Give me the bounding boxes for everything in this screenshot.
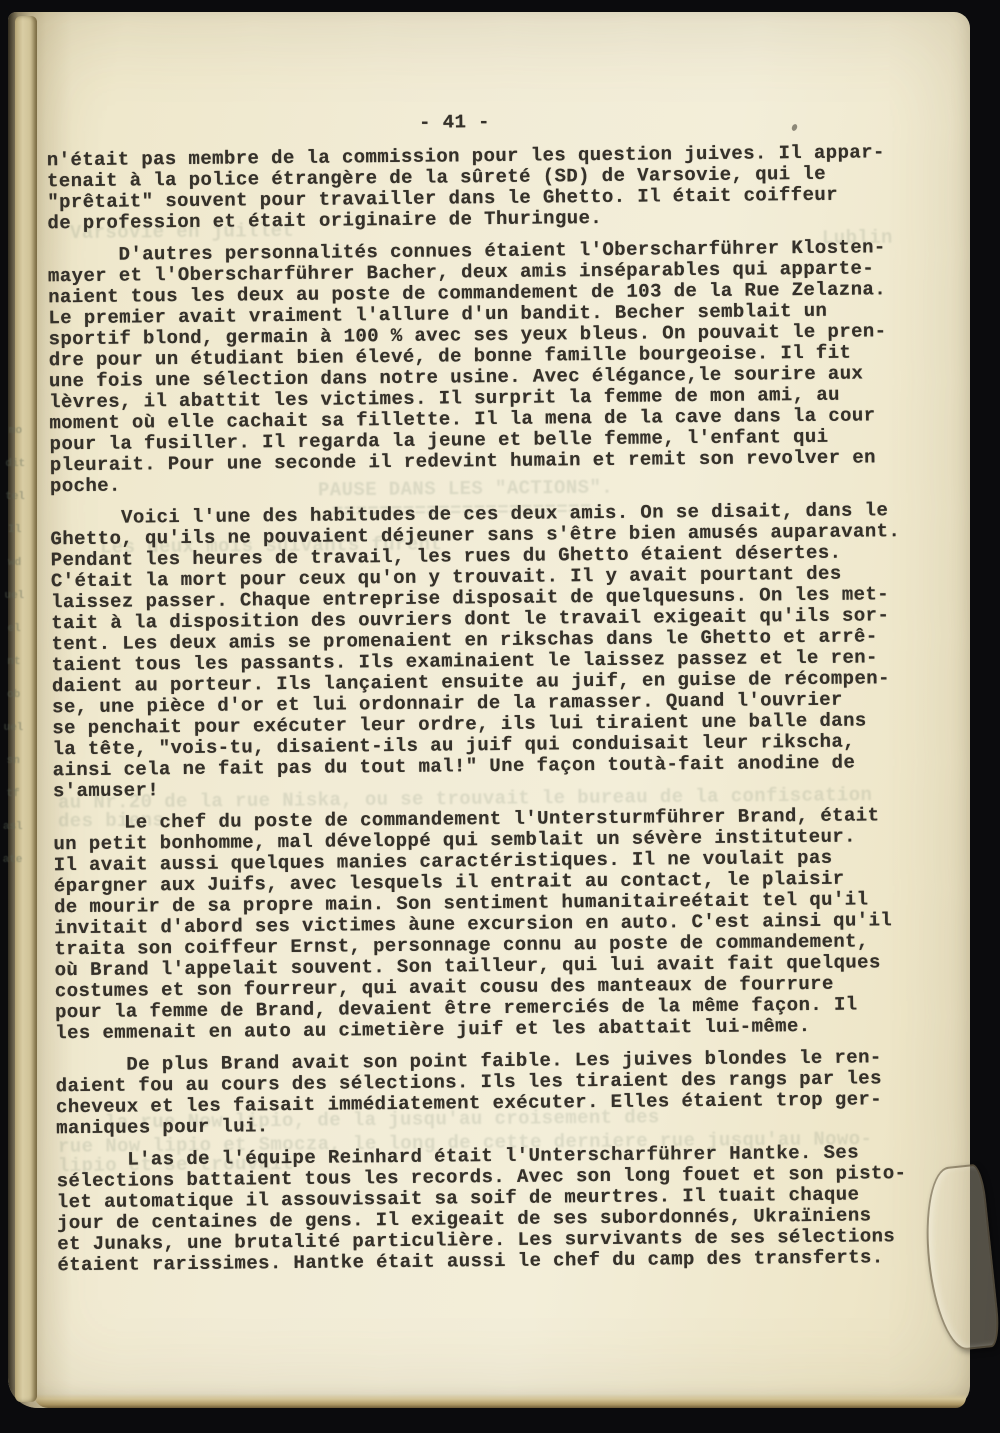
paragraph: De plus Brand avait son point faible. Le… <box>55 1047 948 1140</box>
paragraph: Voici l'une des habitudes de ces deux am… <box>50 500 945 803</box>
typewritten-text: - 41 - n'était pas membre de la commissi… <box>46 108 949 1277</box>
scan-frame: mo dit tel Il wd uel el nt ob uel sn tf … <box>0 0 1000 1433</box>
gutter-text-fragments: mo dit tel Il wd uel el nt ob uel sn tf … <box>1 415 26 877</box>
paragraph: D'autres personnalités connues étaient l… <box>48 237 942 498</box>
paragraph: n'était pas membre de la commission pour… <box>47 142 940 235</box>
page-edge-bottom <box>34 1394 966 1408</box>
paragraph: L'as de l'équipe Reinhard était l'Unters… <box>56 1142 949 1277</box>
paragraph: Le chef du poste de commandement l'Unter… <box>53 805 947 1045</box>
